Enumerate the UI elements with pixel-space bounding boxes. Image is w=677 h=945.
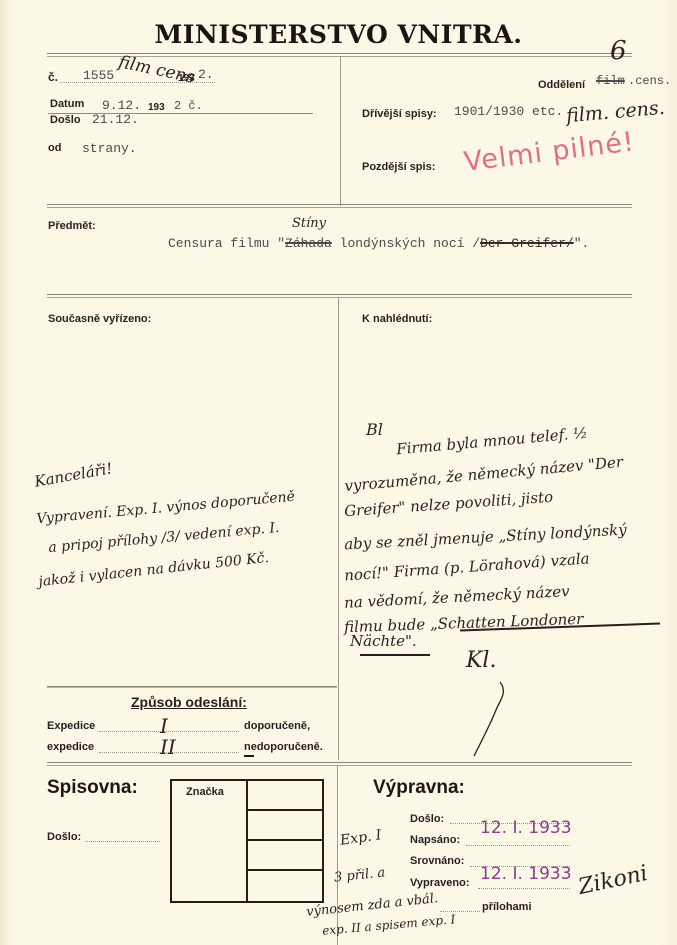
nahlednuti-label: K nahlédnutí: — [362, 313, 432, 325]
right-note-signature: Kl. — [466, 648, 496, 673]
dispatch-note-line-2: 3 přil. a — [333, 865, 386, 885]
number-value: 1555 — [83, 68, 114, 83]
subject-line: Censura filmu " Záhada londýnských nocí … — [168, 236, 589, 251]
department-handwritten-number: 6 — [610, 36, 627, 66]
znacka-divider — [246, 781, 248, 901]
left-note-line-1: Kanceláři! — [33, 459, 114, 490]
vypravna-signature: Zikoni — [576, 861, 650, 900]
oddeleni-label: Oddělení — [538, 79, 585, 91]
doslo-value: 21.12. — [92, 112, 139, 127]
body-column-divider — [338, 297, 339, 760]
subject-struck-word: Záhada — [285, 236, 332, 251]
spisovna-doslo-label: Došlo: — [47, 831, 81, 843]
right-note-line-1: Firma byla mnou telef. ½ — [396, 424, 589, 459]
oddeleni-value: .cens. — [628, 74, 671, 88]
subject-struck-tail: Der Greifer/ — [480, 236, 574, 251]
datum-divider — [48, 113, 313, 114]
spisovna-heading: Spisovna: — [47, 777, 138, 799]
footer-column-divider — [337, 765, 338, 945]
datum-year-suffix: 2 č. — [174, 99, 203, 113]
vypravna-napsano-dots — [466, 845, 570, 846]
document-page: MINISTERSTVO VNITRA. č. 1555 film cens 1… — [0, 0, 677, 945]
drivejsi-handwritten: film. cens. — [565, 97, 665, 128]
doslo-label: Došlo — [50, 114, 81, 126]
soucasne-label: Současně vyřízeno: — [48, 313, 151, 325]
dispatch-note-line-1: Exp. I — [339, 827, 382, 849]
right-note-line-8: Nächte". — [350, 632, 417, 650]
right-note-line-6: na vědomí, že německý název — [344, 582, 570, 612]
spisovna-doslo-dots — [85, 841, 160, 842]
dispatch-row-2-label: expedice — [47, 741, 94, 753]
napsano-date-stamp: 12. I. 1933 — [480, 818, 572, 838]
subject-bottom-divider — [47, 294, 632, 298]
vypravna-napsano-label: Napsáno: — [410, 834, 460, 846]
subject-suffix: ". — [574, 236, 590, 251]
urgent-stamp: Velmi pilné! — [462, 126, 636, 178]
dispatch-row-2-mode: nedoporučeně. — [244, 741, 323, 753]
dispatch-bottom-divider — [47, 762, 632, 766]
subject-inserted-word: Stíny — [292, 216, 326, 231]
subject-label: Předmět: — [48, 220, 96, 232]
right-note-line-3: Greifer" nelze povoliti, jisto — [344, 488, 554, 521]
dispatch-heading: Způsob odeslání: — [131, 694, 247, 710]
vypraveno-date-stamp: 12. I. 1933 — [480, 864, 572, 884]
year-prefix: 193 — [178, 73, 195, 84]
left-note-line-4: jakož i vylacen na dávku 500 Kč. — [38, 550, 270, 590]
prilohami-dots — [440, 911, 480, 912]
signature-flourish — [470, 680, 510, 760]
drivejsi-label: Dřívější spisy: — [362, 108, 437, 120]
header-bottom-divider — [47, 204, 632, 208]
datum-year-prefix: 193 — [148, 102, 165, 113]
dispatch-row-1-label: Expedice — [47, 720, 95, 732]
datum-label: Datum — [50, 98, 84, 110]
znacka-row-3 — [246, 869, 322, 871]
vypravna-doslo-label: Došlo: — [410, 813, 444, 825]
vypravna-vypraveno-dots — [478, 888, 570, 889]
dispatch-row-1-mode: doporučeně, — [244, 720, 310, 732]
right-note-line-4: aby se zněl jmenuje „Stíny londýnský — [344, 521, 627, 554]
right-note-line-5: nocí!" Firma (p. Lörahová) vzala — [344, 549, 590, 584]
vypravna-heading: Výpravna: — [373, 777, 465, 799]
vypravna-vypraveno-label: Vypraveno: — [410, 877, 470, 889]
right-note-line-2: vyrozuměna, že německý název "Der — [344, 453, 624, 495]
right-note-marker: Bl — [366, 420, 383, 439]
ministry-title: MINISTERSTVO VNITRA. — [0, 20, 677, 49]
subject-middle: londýnských nocí / — [332, 236, 480, 251]
header-column-divider — [340, 56, 341, 206]
right-note-underline-2 — [360, 654, 430, 656]
znacka-row-2 — [246, 839, 322, 841]
znacka-row-1 — [246, 809, 322, 811]
dispatch-row-1-dots — [99, 731, 239, 732]
vypravna-srovnano-label: Srovnáno: — [410, 855, 464, 867]
number-label: č. — [48, 70, 58, 84]
prilohami-label: přílohami — [482, 901, 532, 913]
oddeleni-struck: film — [596, 74, 625, 88]
od-value: strany. — [82, 141, 137, 156]
year-suffix: 2. — [198, 67, 214, 82]
znacka-box: Značka — [170, 779, 324, 903]
od-label: od — [48, 142, 61, 154]
drivejsi-value: 1901/1930 etc. — [454, 104, 563, 119]
dispatch-top-divider — [47, 686, 337, 688]
datum-value: 9.12. — [102, 98, 141, 113]
subject-prefix: Censura filmu " — [168, 236, 285, 251]
dispatch-row-2-value: II — [160, 735, 176, 759]
znacka-label: Značka — [186, 786, 224, 798]
pozdejsi-label: Pozdější spis: — [362, 161, 435, 173]
left-note-line-3: a pripoj přílohy /3/ vedení exp. I. — [48, 520, 280, 556]
dispatch-mode-underline — [244, 755, 254, 757]
